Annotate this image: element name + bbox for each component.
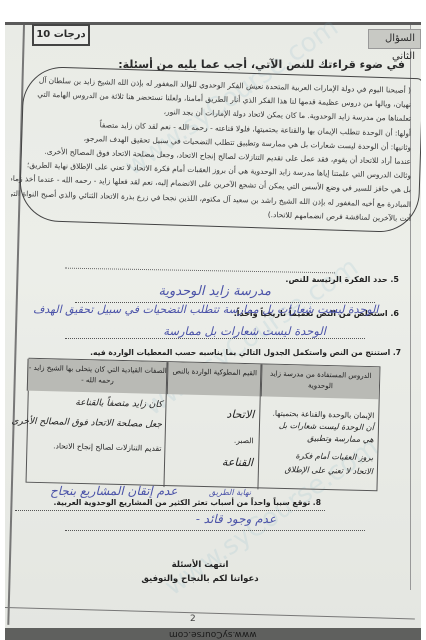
q7-table: الدروس المستفادة من مدرسة زايد الوحدوية … xyxy=(26,358,381,492)
q6-answer-2: الوحدة ليست شعارات بل ممارسة xyxy=(163,324,326,338)
footer-url: www.syCourse.com xyxy=(169,628,257,640)
header-values: القيم المطوكية الواردة بالنص xyxy=(167,362,262,396)
value-3: القناعة xyxy=(222,455,253,469)
value-2: الصبر. xyxy=(234,436,254,445)
closing-line-1: انتهت الأسئلة xyxy=(140,558,260,572)
q8-answer-1: عدم إتقان المشاريع بنجاح xyxy=(50,484,177,498)
q6-answer-line xyxy=(65,338,365,339)
q5-answer: مدرسة زايد الوحدوية xyxy=(158,284,271,299)
q6-answer-1: الوحدة ليست شعارات بل ممارسة تتطلب التضح… xyxy=(33,303,378,316)
closing-line-2: دعواتنا لكم بالنجاح والتوفيق xyxy=(140,572,260,586)
exam-photo: www.syCourse.com www.syCourse.com www.sy… xyxy=(5,22,421,640)
question-5: 5. حدد الفكرة الرئيسة للنص. xyxy=(285,275,399,284)
lesson-3c: نهاية الطريق xyxy=(209,488,251,497)
q8-answer-2: عدم وجود قائد - xyxy=(196,512,276,526)
lesson-2b: هي ممارسة وتطبيق xyxy=(307,434,374,445)
q8-answer-line-2 xyxy=(65,530,365,531)
instruction: في ضوء قراءتك للنص الآتي، أجب عما يليه م… xyxy=(118,58,405,71)
q8-answer-line xyxy=(15,510,325,511)
marks-box: 10 درجات xyxy=(32,24,90,46)
question-title: السؤال الثاني xyxy=(368,29,421,49)
page-border-bottom xyxy=(5,607,415,619)
trait-1: كان زايد متصفاً بالقناعة xyxy=(75,398,162,410)
passage-text: ( أصبحنا اليوم في دولة الإمارات العربية … xyxy=(11,84,411,226)
question-8: 8. توقع سبباً واحداً من أسباب تعثر الكثي… xyxy=(53,498,321,507)
trait-2: جعل مصلحة الاتحاد فوق المصالح الأخرى xyxy=(11,416,162,430)
lesson-1: الإيمان بالوحدة والقناعة بحتميتها. xyxy=(272,409,374,420)
lesson-2a: أن الوحدة ليست شعارات بل xyxy=(279,421,374,432)
closing: انتهت الأسئلة دعواتنا لكم بالنجاح والتوف… xyxy=(140,558,260,586)
header-traits: الصفات القيادية التي كان يتحلى بها الشيخ… xyxy=(27,359,168,394)
question-7: 7. استنتج من النص واستكمل الجدول التالي … xyxy=(90,348,401,357)
table-header: الدروس المستفادة من مدرسة زايد الوحدوية … xyxy=(29,359,380,400)
value-1: الاتحاد xyxy=(226,408,254,422)
page-number: 2 xyxy=(190,614,196,624)
footer-band: www.syCourse.com xyxy=(5,628,421,640)
trait-3: تقديم التنازلات لصالح إنجاح الاتحاد. xyxy=(53,441,161,453)
lesson-3b: الاتحاد لا تعني على الإطلاق xyxy=(285,465,374,476)
separator xyxy=(65,268,335,274)
lesson-3a: بروز العقبات أمام فكرة xyxy=(295,451,373,462)
header-lessons: الدروس المستفادة من مدرسة زايد الوحدوية xyxy=(261,364,380,399)
